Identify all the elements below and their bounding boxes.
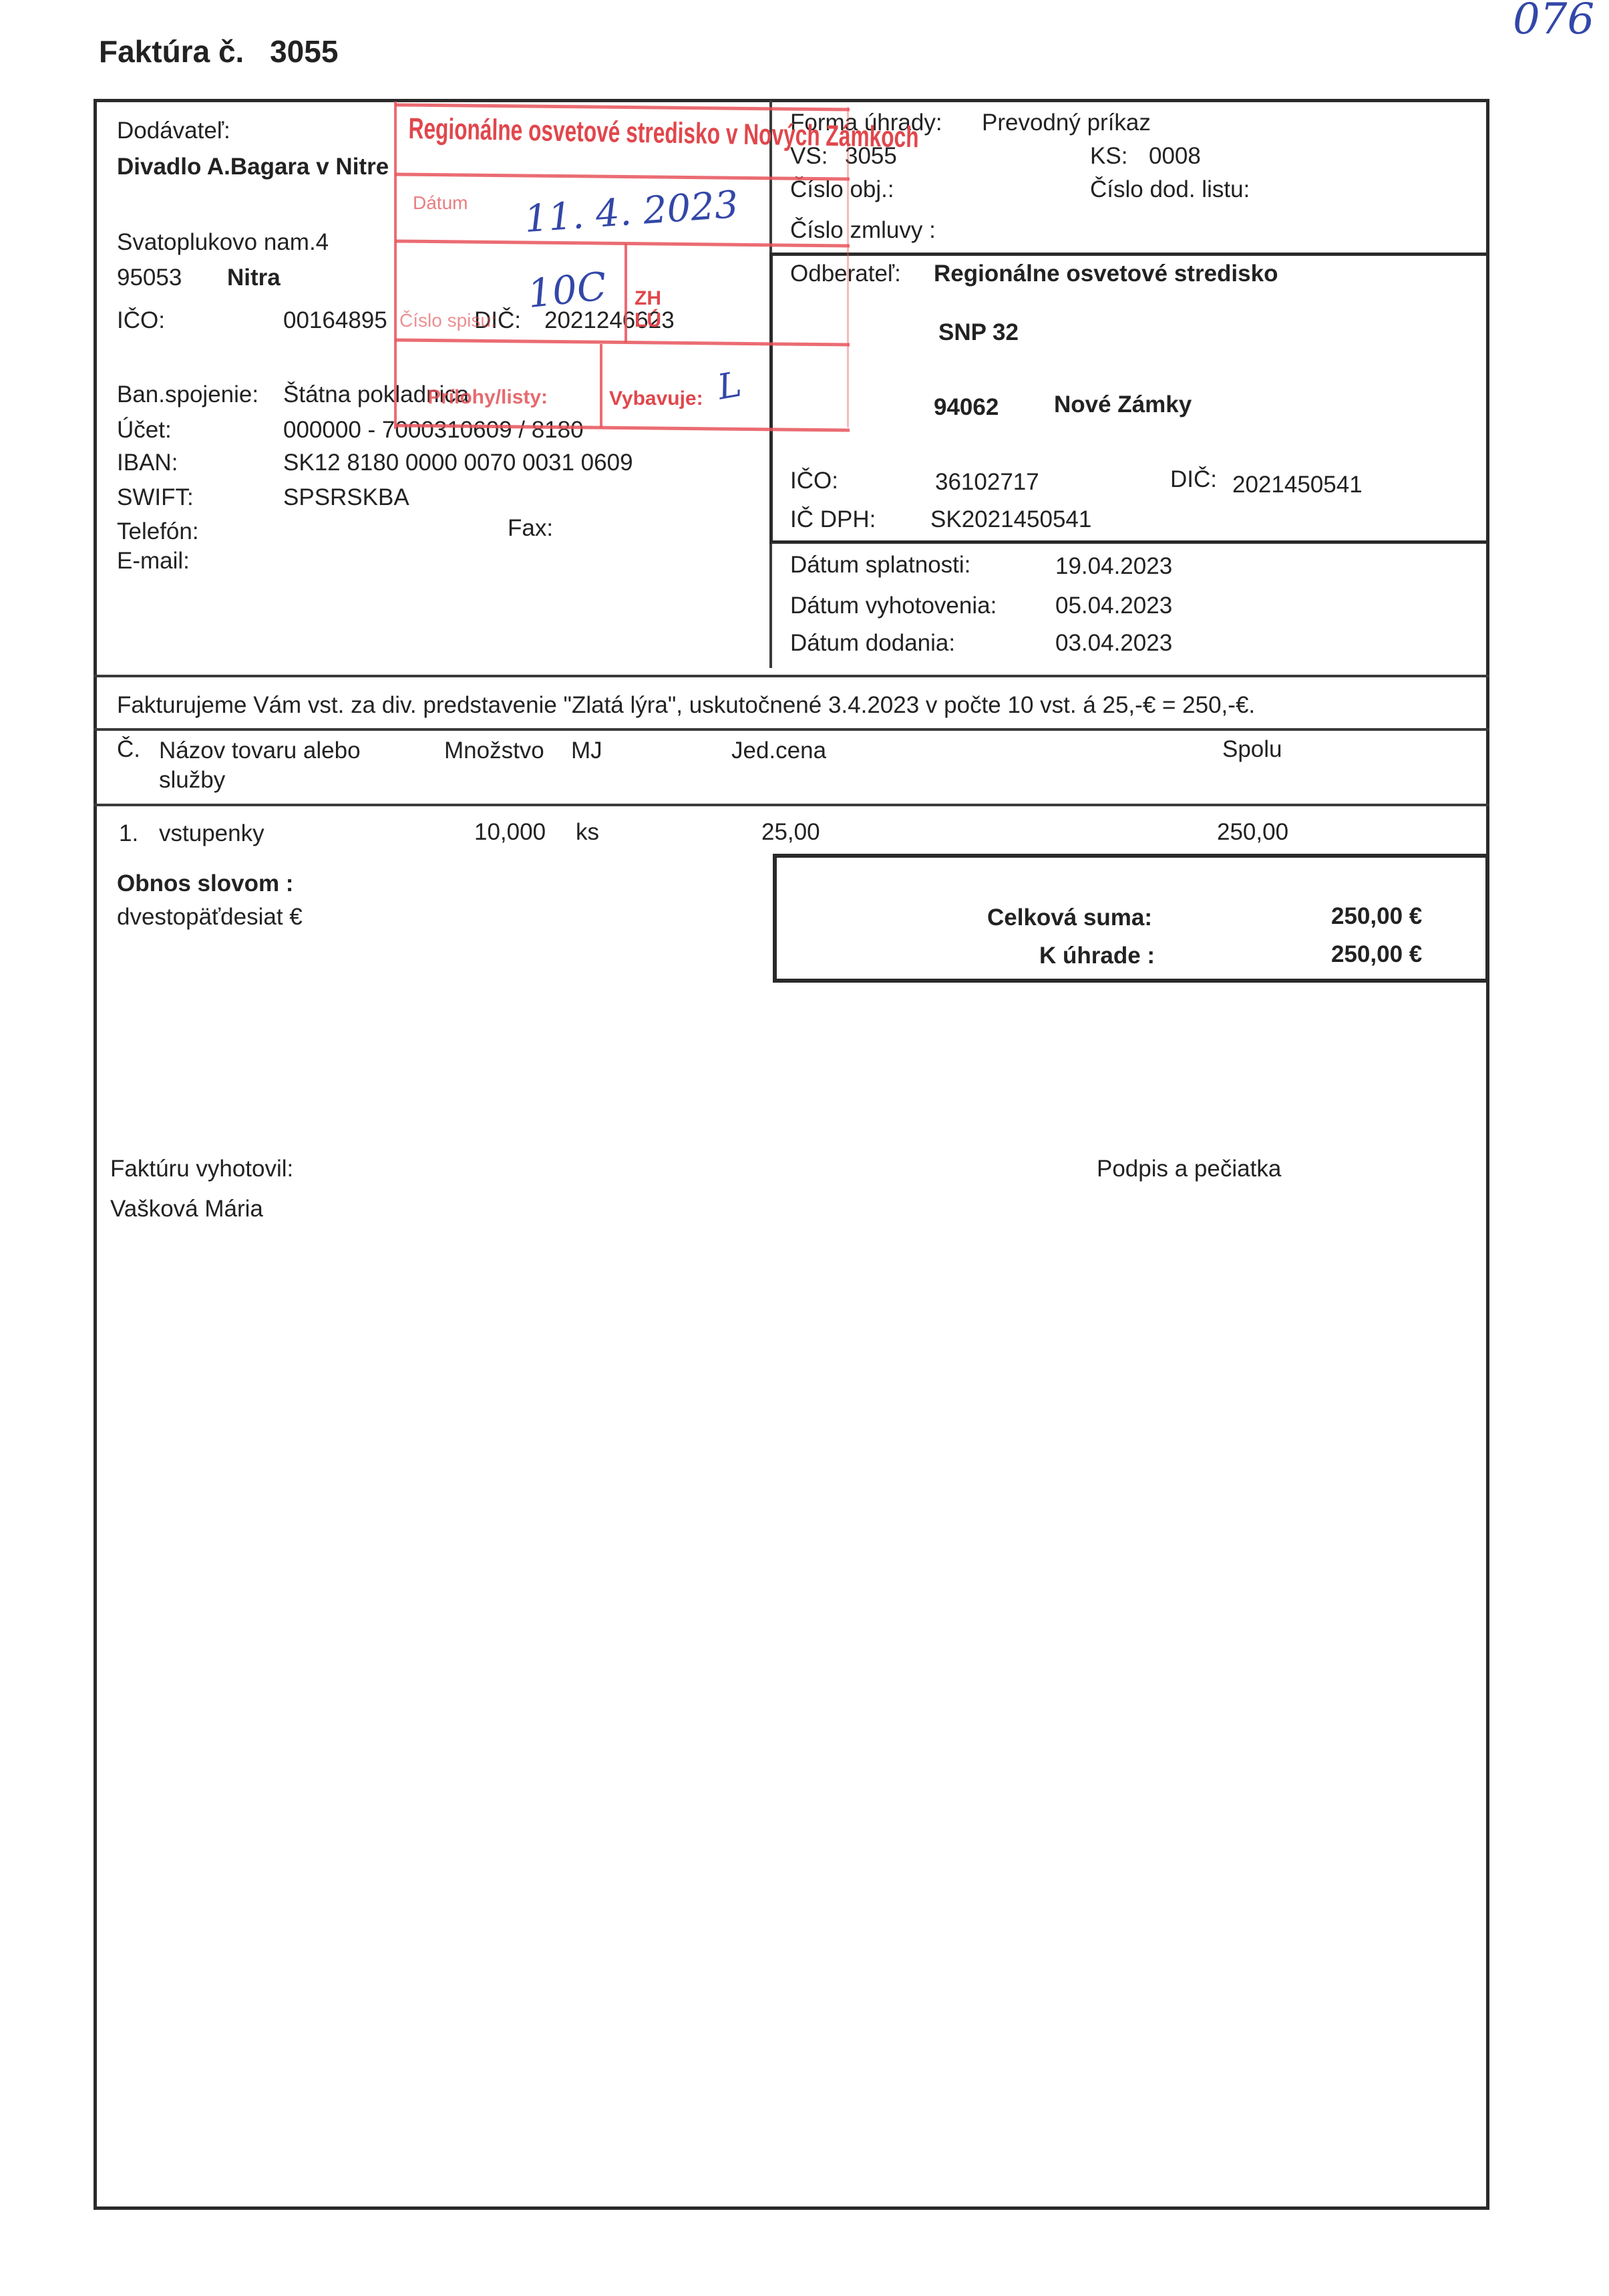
stamp-attachments-label: Prílohy/listy: bbox=[427, 386, 548, 409]
amount-in-words: dvestopäťdesiat € bbox=[117, 905, 303, 929]
col-header-unit: MJ bbox=[571, 739, 602, 762]
ks-label: KS: bbox=[1090, 144, 1127, 168]
delivery-date: 03.04.2023 bbox=[1055, 631, 1172, 655]
row-qty: 10,000 bbox=[474, 820, 546, 844]
row-name: vstupenky bbox=[159, 822, 264, 845]
invoice-description: Fakturujeme Vám vst. za div. predstaveni… bbox=[117, 693, 1255, 717]
supplier-name: Divadlo A.Bagara v Nitre bbox=[117, 155, 389, 178]
col-header-qty: Množstvo bbox=[444, 739, 544, 762]
to-pay-amount: 250,00 € bbox=[1331, 943, 1422, 966]
email-label: E-mail: bbox=[117, 549, 190, 572]
amount-in-words-label: Obnos slovom : bbox=[117, 872, 293, 895]
row-unit: ks bbox=[576, 820, 599, 844]
issue-date-label: Dátum vyhotovenia: bbox=[790, 594, 997, 617]
issue-date: 05.04.2023 bbox=[1055, 594, 1172, 617]
fax-label: Fax: bbox=[508, 516, 553, 540]
col-header-unit-price: Jed.cena bbox=[731, 739, 826, 762]
to-pay-label: K úhrade : bbox=[1039, 944, 1155, 967]
payment-method: Prevodný príkaz bbox=[982, 111, 1151, 134]
swift-label: SWIFT: bbox=[117, 486, 194, 509]
customer-ico: 36102717 bbox=[935, 470, 1039, 494]
customer-icdph: SK2021450541 bbox=[930, 508, 1091, 531]
customer-zip: 94062 bbox=[934, 395, 999, 419]
iban: SK12 8180 0000 0070 0031 0609 bbox=[283, 451, 633, 474]
signature-label: Podpis a pečiatka bbox=[1097, 1157, 1281, 1180]
row-unit-price: 25,00 bbox=[761, 820, 820, 844]
issued-by-label: Faktúru vyhotovil: bbox=[110, 1157, 293, 1180]
col-header-name: Názov tovaru alebo bbox=[159, 739, 361, 762]
total-amount: 250,00 € bbox=[1331, 905, 1422, 928]
supplier-ico-label: IČO: bbox=[117, 309, 165, 332]
due-date: 19.04.2023 bbox=[1055, 554, 1172, 578]
divider bbox=[94, 728, 1489, 731]
order-number-label: Číslo obj.: bbox=[790, 178, 894, 201]
customer-dic-label: DIČ: bbox=[1170, 468, 1217, 491]
col-header-name-2: služby bbox=[159, 768, 225, 792]
supplier-city: Nitra bbox=[227, 266, 281, 289]
stamp-number-label: Číslo spisu: bbox=[399, 310, 496, 331]
total-label: Celková suma: bbox=[987, 906, 1152, 929]
customer-street: SNP 32 bbox=[938, 321, 1019, 344]
delivery-date-label: Dátum dodania: bbox=[790, 631, 955, 655]
divider bbox=[94, 675, 1489, 677]
row-no: 1. bbox=[119, 822, 138, 845]
customer-icdph-label: IČ DPH: bbox=[790, 508, 876, 531]
stamp-number-handwritten: 10C bbox=[526, 263, 609, 317]
supplier-street: Svatoplukovo nam.4 bbox=[117, 230, 329, 254]
divider bbox=[94, 804, 1489, 806]
supplier-zip: 95053 bbox=[117, 266, 182, 289]
iban-label: IBAN: bbox=[117, 451, 178, 474]
issued-by-name: Vašková Mária bbox=[110, 1197, 263, 1220]
contract-label: Číslo zmluvy : bbox=[790, 218, 936, 242]
phone-label: Telefón: bbox=[117, 520, 199, 543]
supplier-ico: 00164895 bbox=[283, 309, 387, 332]
bank-label: Ban.spojenie: bbox=[117, 383, 258, 406]
supplier-label: Dodávateľ: bbox=[117, 119, 230, 142]
customer-label: Odberateľ: bbox=[790, 262, 901, 285]
account-number: 000000 - 7000310609 / 8180 bbox=[283, 418, 584, 442]
invoice-number: 3055 bbox=[270, 34, 338, 69]
customer-name: Regionálne osvetové stredisko bbox=[934, 262, 1278, 285]
col-header-total: Spolu bbox=[1222, 737, 1282, 761]
ks-value: 0008 bbox=[1149, 144, 1201, 168]
invoice-title: Faktúra č. 3055 bbox=[99, 33, 338, 69]
row-total: 250,00 bbox=[1217, 820, 1288, 844]
handwritten-corner-note: 076 bbox=[1513, 0, 1594, 44]
stamp-dept: ZH LÚ bbox=[635, 287, 668, 331]
stamp-handled-by-label: Vybavuje: bbox=[609, 387, 703, 410]
due-date-label: Dátum splatnosti: bbox=[790, 553, 970, 577]
customer-dic: 2021450541 bbox=[1232, 473, 1363, 496]
invoice-title-label: Faktúra č. bbox=[99, 34, 244, 69]
stamp-date-label: Dátum bbox=[413, 192, 468, 214]
delivery-note-label: Číslo dod. listu: bbox=[1090, 178, 1250, 201]
customer-city: Nové Zámky bbox=[1054, 393, 1192, 416]
col-header-no: Č. bbox=[117, 737, 140, 761]
swift: SPSRSKBA bbox=[283, 486, 409, 509]
account-label: Účet: bbox=[117, 418, 172, 442]
customer-ico-label: IČO: bbox=[790, 469, 838, 492]
